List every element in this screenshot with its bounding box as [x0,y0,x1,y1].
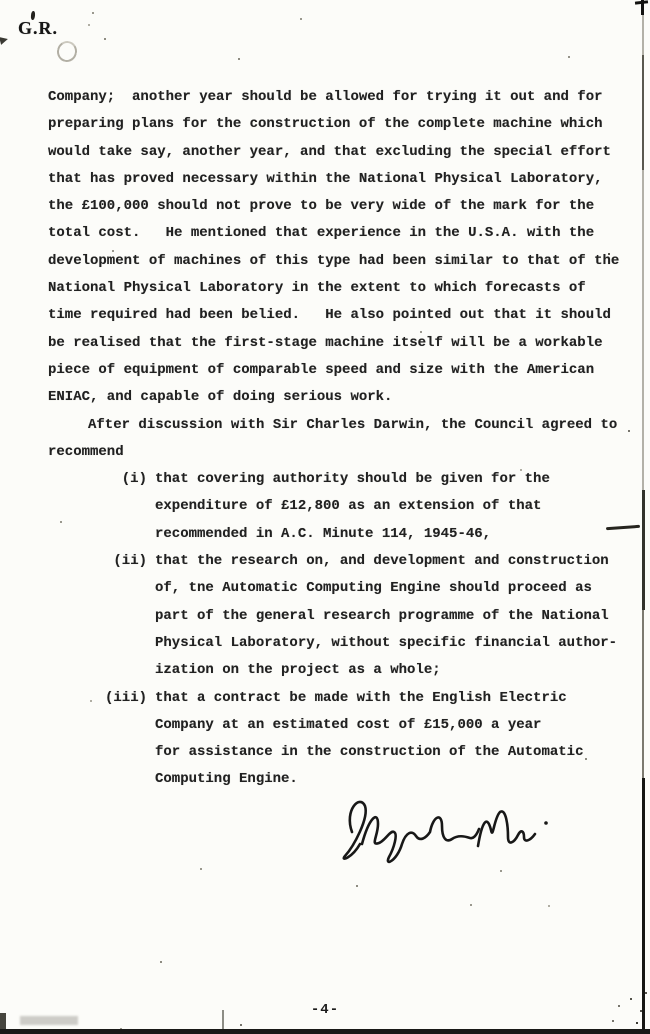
list-line: Physical Laboratory, without specific fi… [155,630,633,657]
list-item-text: that a contract be made with the English… [155,685,633,794]
paragraph-line: would take say, another year, and that e… [48,139,633,166]
paragraph-line: recommend [48,439,633,466]
paragraph-line: After discussion with Sir Charles Darwin… [48,412,633,439]
list-line: Company at an estimated cost of £15,000 … [155,712,633,739]
paragraph-line: be realised that the first-stage machine… [48,330,633,357]
paragraph-line: that has proved necessary within the Nat… [48,166,633,193]
recommendation-item-ii: (ii) that the research on, and developme… [48,548,633,684]
scanned-document-page: G.R. Company; another year should be all… [0,0,650,1034]
list-line: expenditure of £12,800 as an extension o… [155,493,633,520]
list-line: that the research on, and development an… [155,548,633,575]
paragraph-line: the £100,000 should not prove to be very… [48,193,633,220]
paragraph-line: total cost. He mentioned that experience… [48,220,633,247]
paragraph-line: ENIAC, and capable of doing serious work… [48,384,633,411]
page-number: -4- [0,1002,650,1018]
paragraph-line: preparing plans for the construction of … [48,111,633,138]
pencil-circle-mark [55,39,79,64]
list-line: that covering authority should be given … [155,466,633,493]
scan-bottom-edge [0,1029,650,1034]
list-marker: (iii) [48,685,147,712]
paragraph-line: National Physical Laboratory in the exte… [48,275,633,302]
recommendation-item-iii: (iii) that a contract be made with the E… [48,685,633,794]
list-marker: (i) [48,466,147,493]
list-line: for assistance in the construction of th… [155,739,633,766]
list-line: that a contract be made with the English… [155,685,633,712]
list-line: part of the general research programme o… [155,603,633,630]
list-marker: (ii) [48,548,147,575]
handwritten-signature [332,786,582,874]
scan-edge-dark-segment [642,490,645,610]
paragraph-line: development of machines of this type had… [48,248,633,275]
header-initials: G.R. [18,18,58,39]
list-line: ization on the project as a whole; [155,657,633,684]
recommendation-item-i: (i) that covering authority should be gi… [48,466,633,548]
left-edge-mark [0,35,9,45]
scan-corner-artifact [641,0,644,15]
scan-edge-dark-segment [642,55,644,170]
list-line: of, tne Automatic Computing Engine shoul… [155,575,633,602]
dust-speckles [0,0,2,2]
typed-text-block: Company; another year should be allowed … [48,84,633,794]
list-line: recommended in A.C. Minute 114, 1945-46, [155,521,633,548]
paragraph-line: time required had been belied. He also p… [48,302,633,329]
list-item-text: that the research on, and development an… [155,548,633,684]
paragraph-line: piece of equipment of comparable speed a… [48,357,633,384]
paragraph-line: Company; another year should be allowed … [48,84,633,111]
scan-edge-dark-segment [642,610,644,780]
scan-edge-dark-segment [642,778,645,1034]
list-item-text: that covering authority should be given … [155,466,633,548]
